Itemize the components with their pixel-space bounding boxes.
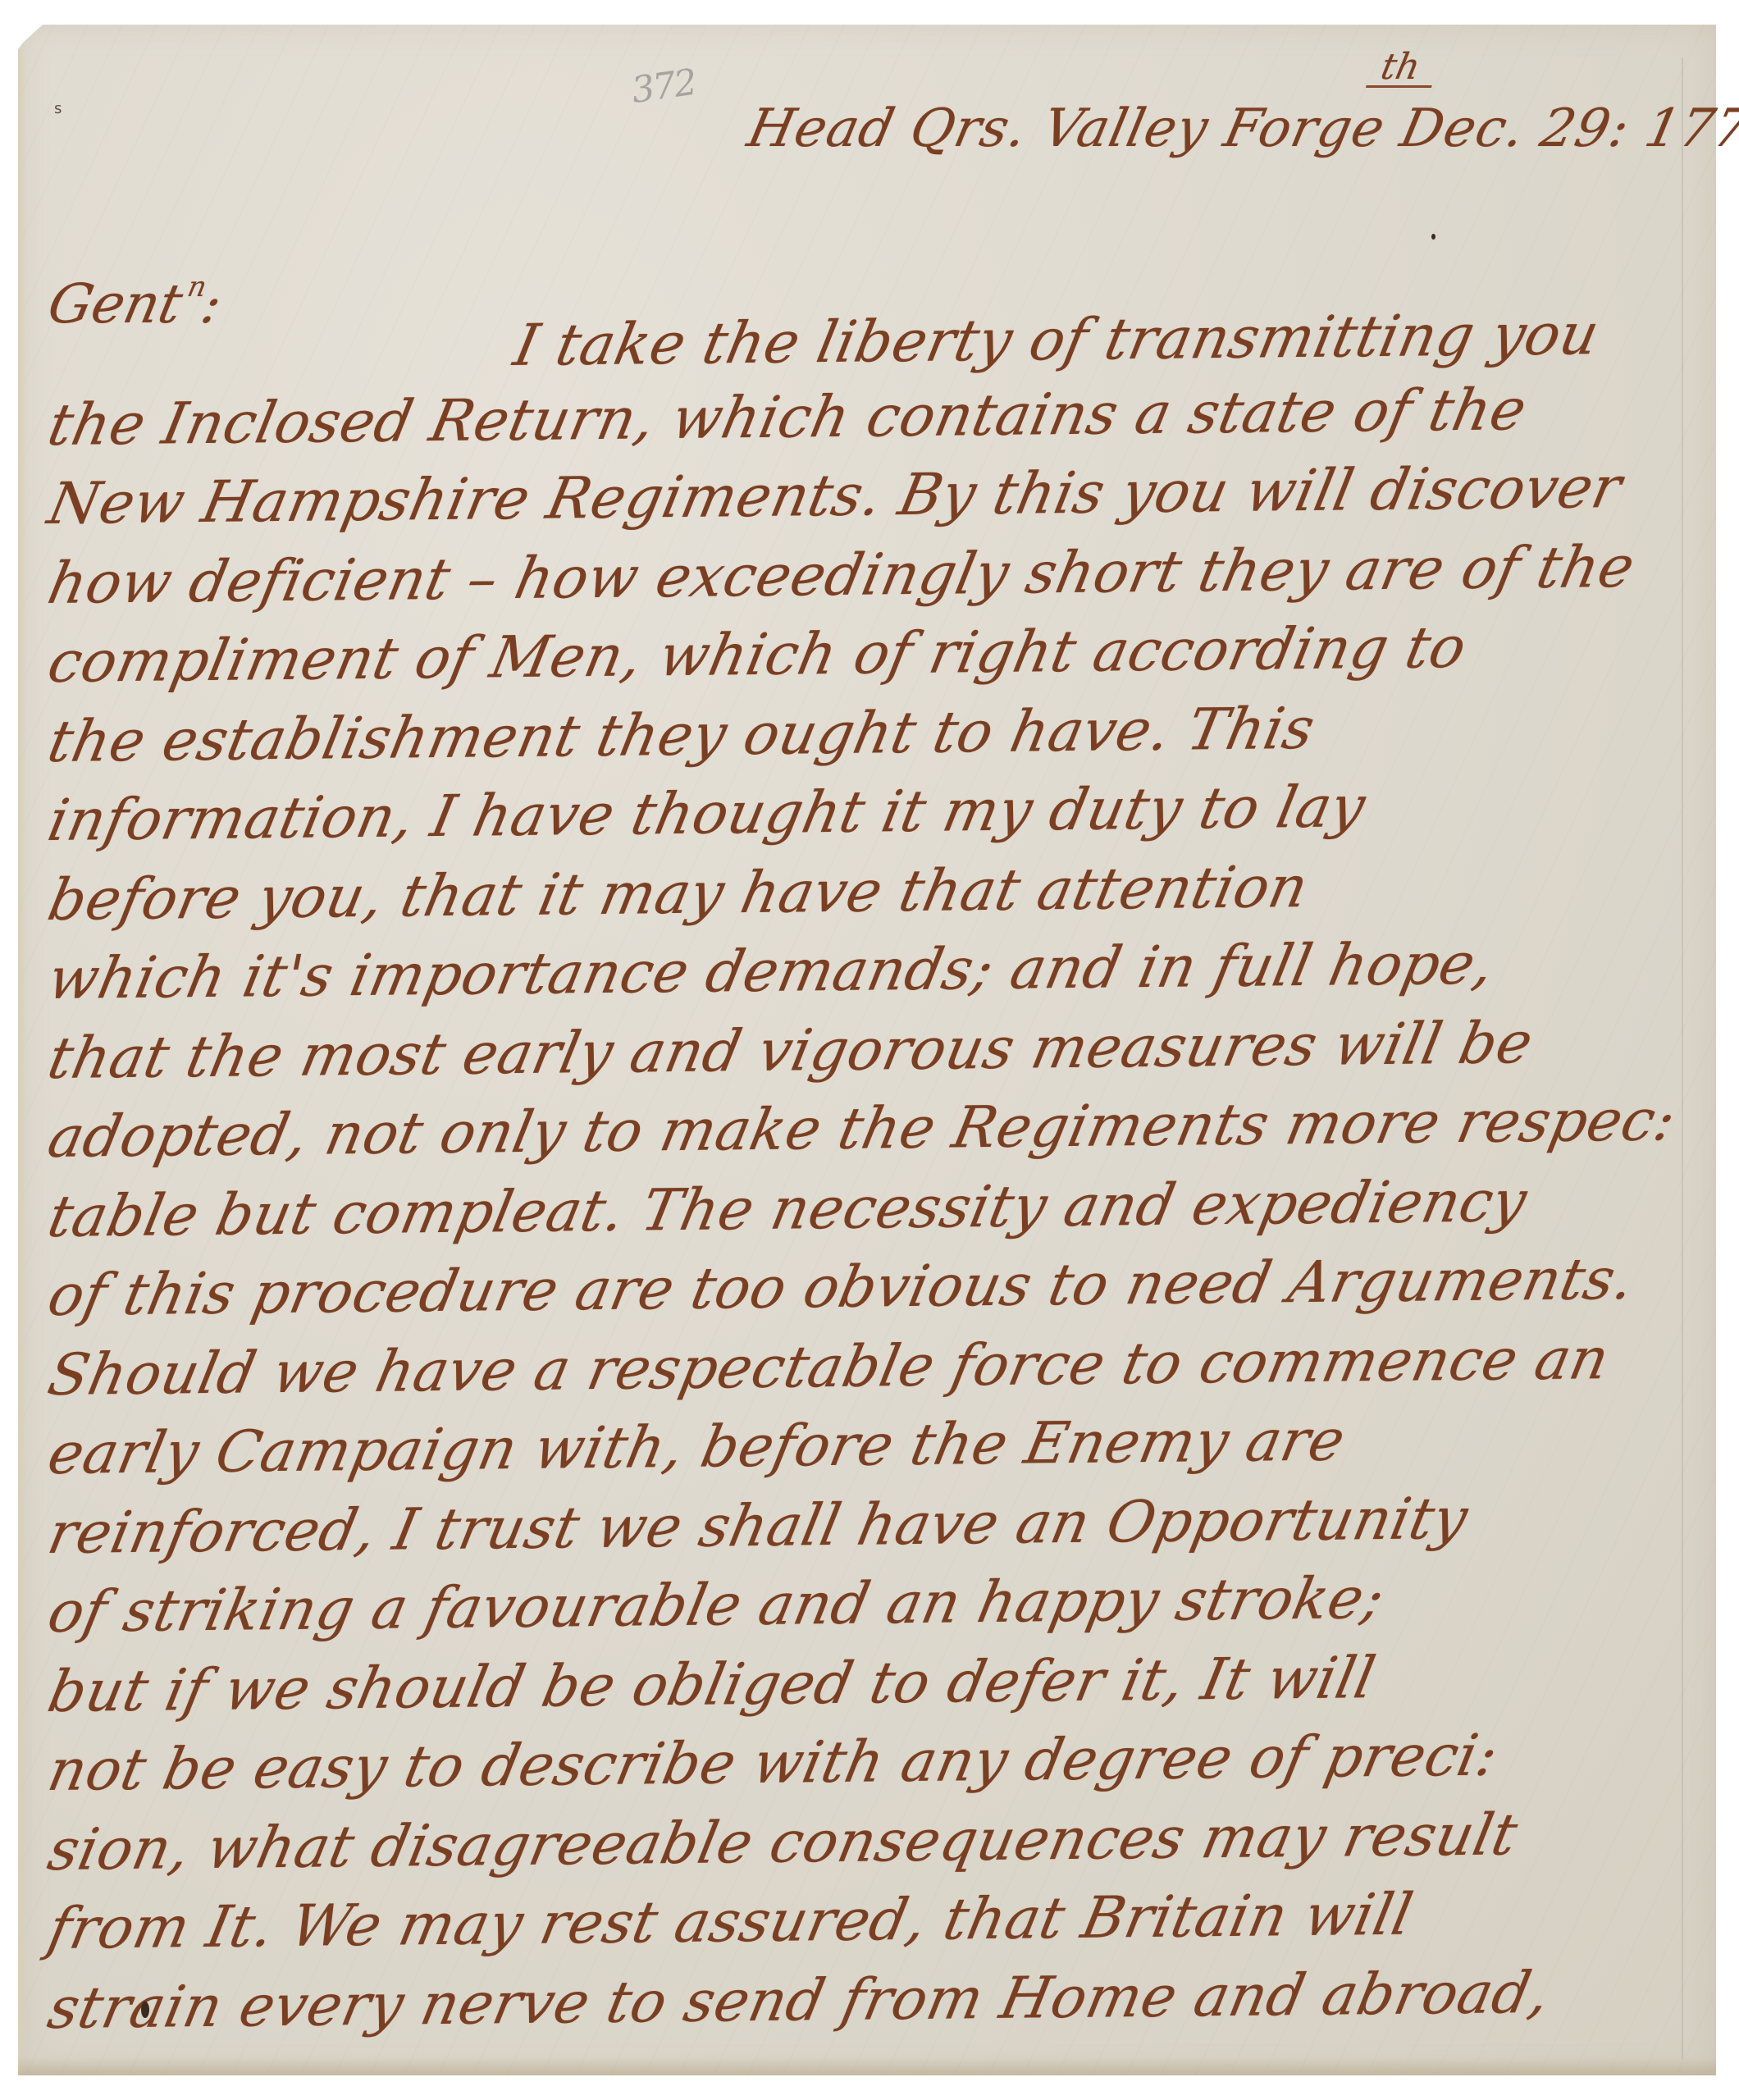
letter-line: before you, that it may have that attent… xyxy=(43,852,1314,933)
dateline: Head Qrs. Valley Forge Dec. 29: 1777 xyxy=(742,98,1739,159)
dateline-superscript: th xyxy=(1366,49,1440,88)
letter-line: I take the liberty of transmitting you xyxy=(509,300,1605,379)
margin-mark: s xyxy=(54,100,62,117)
letter-line: reinforced, I trust we shall have an Opp… xyxy=(43,1484,1473,1566)
dateline-text: Head Qrs. Valley Forge Dec. 29 xyxy=(742,98,1617,159)
letter-line: early Campaign with, before the Enemy ar… xyxy=(43,1407,1351,1487)
letter-line: from It. We may rest assured, that Brita… xyxy=(43,1881,1418,1962)
salutation-superscript: n xyxy=(185,271,209,304)
letter-line: information, I have thought it my duty t… xyxy=(43,773,1371,854)
paper-fold-line xyxy=(1682,57,1683,2059)
salutation: Gentn: xyxy=(43,271,228,336)
dateline-year: : 1777 xyxy=(1604,98,1739,159)
letter-line: of striking a favourable and an happy st… xyxy=(43,1564,1390,1646)
letter-line: the establishment they ought to have. Th… xyxy=(43,694,1321,774)
paper-edge xyxy=(18,49,26,2075)
salutation-text: Gent xyxy=(43,272,188,336)
archival-pencil-mark: 372 xyxy=(629,62,698,112)
ink-blot xyxy=(141,2002,149,2018)
letter-line: but if we should be obliged to defer it,… xyxy=(43,1644,1381,1725)
ink-dot xyxy=(1431,234,1435,240)
